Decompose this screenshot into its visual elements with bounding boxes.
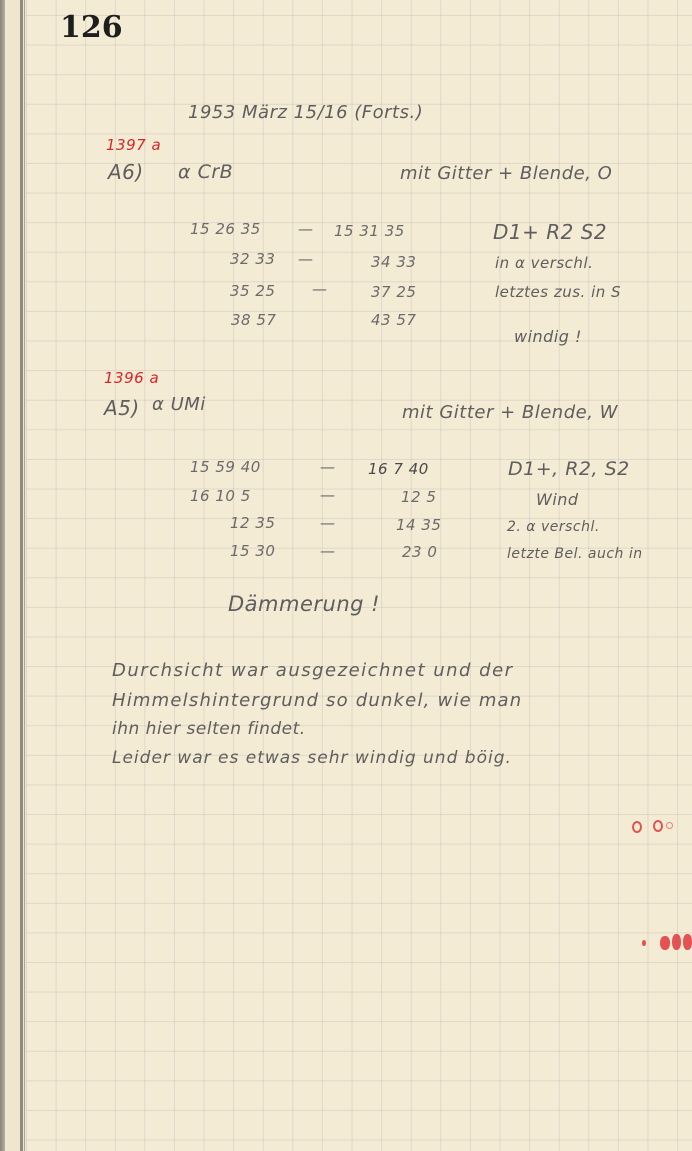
row-note: D1+ R2 S2 [493,220,607,244]
notebook-page: 126 1953 März 15/16 (Forts.) 1397 a A6) … [0,0,692,1151]
row-sep: — [298,220,314,238]
row-note: Wind [536,490,579,509]
row-sep: — [298,250,314,268]
instrument-note: mit Gitter + Blende, W [402,402,618,423]
entry-label: A5) [104,396,140,420]
binding-edge [0,0,26,1151]
row-end: 34 33 [371,253,416,271]
paragraph-line: Himmelshintergrund so dunkel, wie man [112,690,522,711]
row-note: 2. α verschl. [507,519,600,535]
row-note: windig ! [514,327,582,346]
binding-shadow [0,0,5,1151]
row-start: 38 57 [231,311,276,329]
entry-object: α CrB [178,161,233,183]
row-note: letzte Bel. auch in [507,546,643,562]
page-header-date: 1953 März 15/16 (Forts.) [188,102,423,123]
row-note: in α verschl. [495,254,593,272]
remark-twilight: Dämmerung ! [228,592,380,616]
row-end: 16 7 40 [368,460,429,478]
row-sep: — [320,542,336,560]
page-number: 126 [60,10,123,45]
row-start: 15 59 40 [190,458,261,476]
row-start: 12 35 [230,514,275,532]
row-end: 12 5 [401,488,436,506]
row-start: 15 30 [230,542,275,560]
row-note: D1+, R2, S2 [508,458,630,480]
row-sep: — [312,280,328,298]
paragraph-line: ihn hier selten findet. [112,719,306,739]
row-start: 35 25 [230,282,275,300]
row-end: 43 57 [371,311,416,329]
instrument-note: mit Gitter + Blende, O [400,163,612,184]
row-end: 37 25 [371,283,416,301]
entry-label: A6) [108,160,144,184]
margin-rule-thin [24,0,25,1151]
row-sep: — [320,514,336,532]
catalog-number: 1396 a [104,369,159,387]
row-start: 15 26 35 [190,220,261,238]
row-end: 14 35 [396,516,441,534]
paragraph-line: Durchsicht war ausgezeichnet und der [112,660,514,681]
row-start: 16 10 5 [190,487,251,505]
paragraph-line: Leider war es etwas sehr windig und böig… [112,748,512,768]
row-sep: — [320,458,336,476]
catalog-number: 1397 a [106,136,161,154]
row-note: letztes zus. in S [495,283,621,301]
row-end: 23 0 [402,543,437,561]
row-start: 32 33 [230,250,275,268]
row-end: 15 31 35 [334,222,405,240]
entry-object: α UMi [152,394,206,415]
margin-rule [20,0,23,1151]
row-sep: — [320,486,336,504]
